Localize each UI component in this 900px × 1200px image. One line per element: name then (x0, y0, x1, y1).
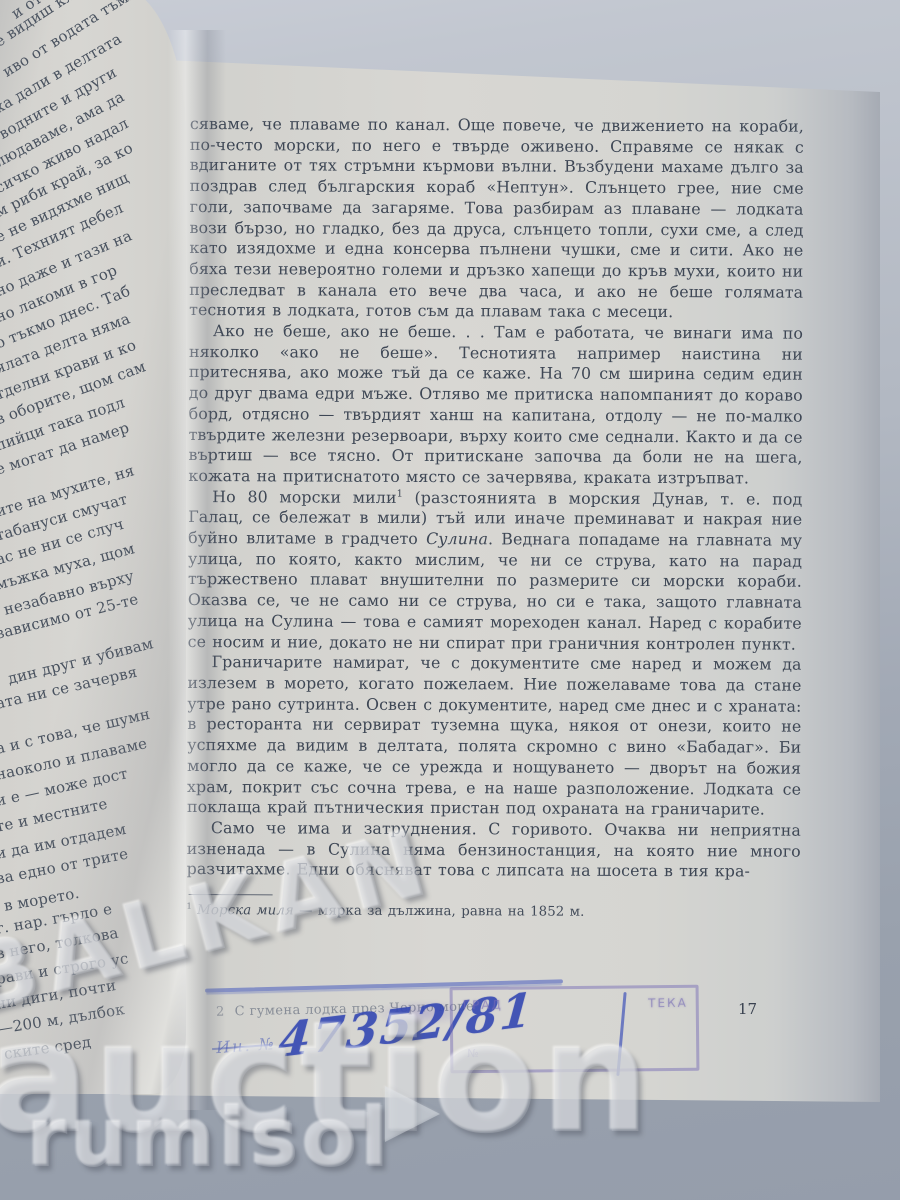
watermark-arrow-icon (385, 1086, 440, 1142)
library-stamp-top-row: ГРАД ТЕКА (463, 996, 688, 1012)
right-page-text-block: сяваме, че плаваме по канал. Още повече,… (186, 114, 804, 922)
place-name-italic: Сулина (426, 529, 488, 548)
stamp-number-sign: № (467, 1047, 479, 1060)
left-page: и от непомръдваща е видиш класическ иво … (0, 0, 186, 1094)
stamp-text-left: ГРАД (463, 998, 503, 1012)
paragraph-4: Граничарите намират, че с документите см… (187, 652, 802, 820)
page-number: 17 (738, 1000, 757, 1018)
stamp-text-right: ТЕКА (648, 996, 688, 1010)
right-page: сяваме, че плаваме по канал. Още повече,… (120, 40, 880, 1115)
paragraph-3-end: . Веднага попадаме на главната му улица,… (188, 529, 803, 653)
library-stamp: ГРАД ТЕКА № (450, 985, 700, 1074)
left-page-curve-shading (0, 0, 186, 1094)
paragraph-3: Но 80 морски мили1 (разстоянията в морск… (188, 487, 803, 655)
footnote: 1 Морска миля — мярка за дължина, равна … (186, 902, 800, 922)
book-photo: сяваме, че плаваме по канал. Още повече,… (0, 0, 900, 1200)
book-spine-fold (168, 30, 226, 1110)
paragraph-3-start: Но 80 морски мили (212, 487, 396, 507)
paragraph-1: сяваме, че плаваме по канал. Още повече,… (189, 114, 804, 324)
footnote-text: — мярка за дължина, равна на 1852 м. (294, 903, 585, 919)
paragraph-5: Само че има и затруднения. С горивото. О… (187, 818, 801, 883)
paragraph-2: Ако не беше, ако не беше. . . Там е рабо… (188, 321, 803, 489)
